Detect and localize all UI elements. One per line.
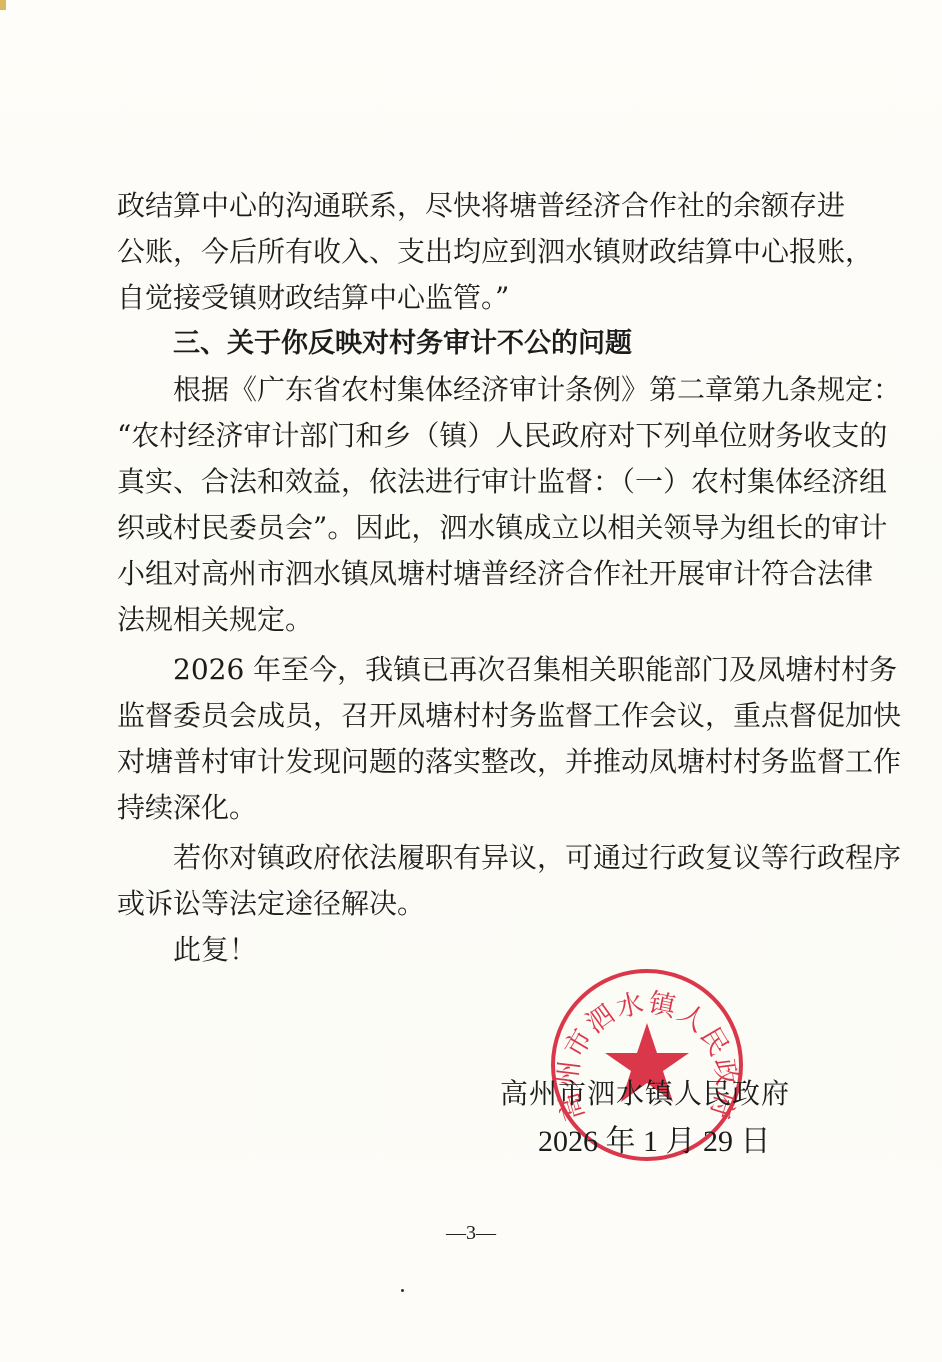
text-line: 小组对高州市泗水镇凤塘村塘普经济合作社开展审计符合法律 <box>117 551 827 597</box>
signing-organization: 高州市泗水镇人民政府 <box>500 1070 790 1118</box>
page-number: —3— <box>0 1222 942 1245</box>
scan-speck <box>401 1289 404 1292</box>
paragraph-2026-progress: 2026 年至今，我镇已再次召集相关职能部门及凤塘村村务 监督委员会成员，召开凤… <box>117 647 827 831</box>
heading-text: 三、关于你反映对村务审计不公的问题 <box>117 321 827 367</box>
document-body: 政结算中心的沟通联系，尽快将塘普经济合作社的余额存进 公账，今后所有收入、支出均… <box>117 183 827 973</box>
text-line: 持续深化。 <box>117 785 827 831</box>
signature-block: 高州市泗水镇人民政府 2026 年 1 月 29 日 <box>500 1070 790 1166</box>
text-line: 或诉讼等法定途径解决。 <box>117 881 827 927</box>
paragraph-appeal-route: 若你对镇政府依法履职有异议，可通过行政复议等行政程序 或诉讼等法定途径解决。 <box>117 835 827 927</box>
text-line: “农村经济审计部门和乡（镇）人民政府对下列单位财务收支的 <box>117 413 827 459</box>
text-line: 法规相关规定。 <box>117 597 827 643</box>
paragraph-audit-regulation: 根据《广东省农村集体经济审计条例》第二章第九条规定： “农村经济审计部门和乡（镇… <box>117 367 827 643</box>
text-line: 自觉接受镇财政结算中心监管。” <box>117 275 827 321</box>
text-line: 公账，今后所有收入、支出均应到泗水镇财政结算中心报账， <box>117 229 827 275</box>
text-line: 若你对镇政府依法履职有异议，可通过行政复议等行政程序 <box>117 835 827 881</box>
text-line: 对塘普村审计发现问题的落实整改，并推动凤塘村村务监督工作 <box>117 739 827 785</box>
text-line: 2026 年至今，我镇已再次召集相关职能部门及凤塘村村务 <box>117 647 827 693</box>
scan-edge-mark <box>0 0 6 10</box>
paragraph-continuation: 政结算中心的沟通联系，尽快将塘普经济合作社的余额存进 公账，今后所有收入、支出均… <box>117 183 827 321</box>
text-line: 监督委员会成员，召开凤塘村村务监督工作会议，重点督促加快 <box>117 693 827 739</box>
text-line: 根据《广东省农村集体经济审计条例》第二章第九条规定： <box>117 367 827 413</box>
text-line: 政结算中心的沟通联系，尽快将塘普经济合作社的余额存进 <box>117 183 827 229</box>
section-heading: 三、关于你反映对村务审计不公的问题 <box>117 321 827 367</box>
text-line: 真实、合法和效益，依法进行审计监督：（一）农村集体经济组 <box>117 459 827 505</box>
text-line: 织或村民委员会”。因此，泗水镇成立以相关领导为组长的审计 <box>117 505 827 551</box>
signing-date: 2026 年 1 月 29 日 <box>500 1118 790 1166</box>
document-page: 政结算中心的沟通联系，尽快将塘普经济合作社的余额存进 公账，今后所有收入、支出均… <box>0 0 942 1362</box>
